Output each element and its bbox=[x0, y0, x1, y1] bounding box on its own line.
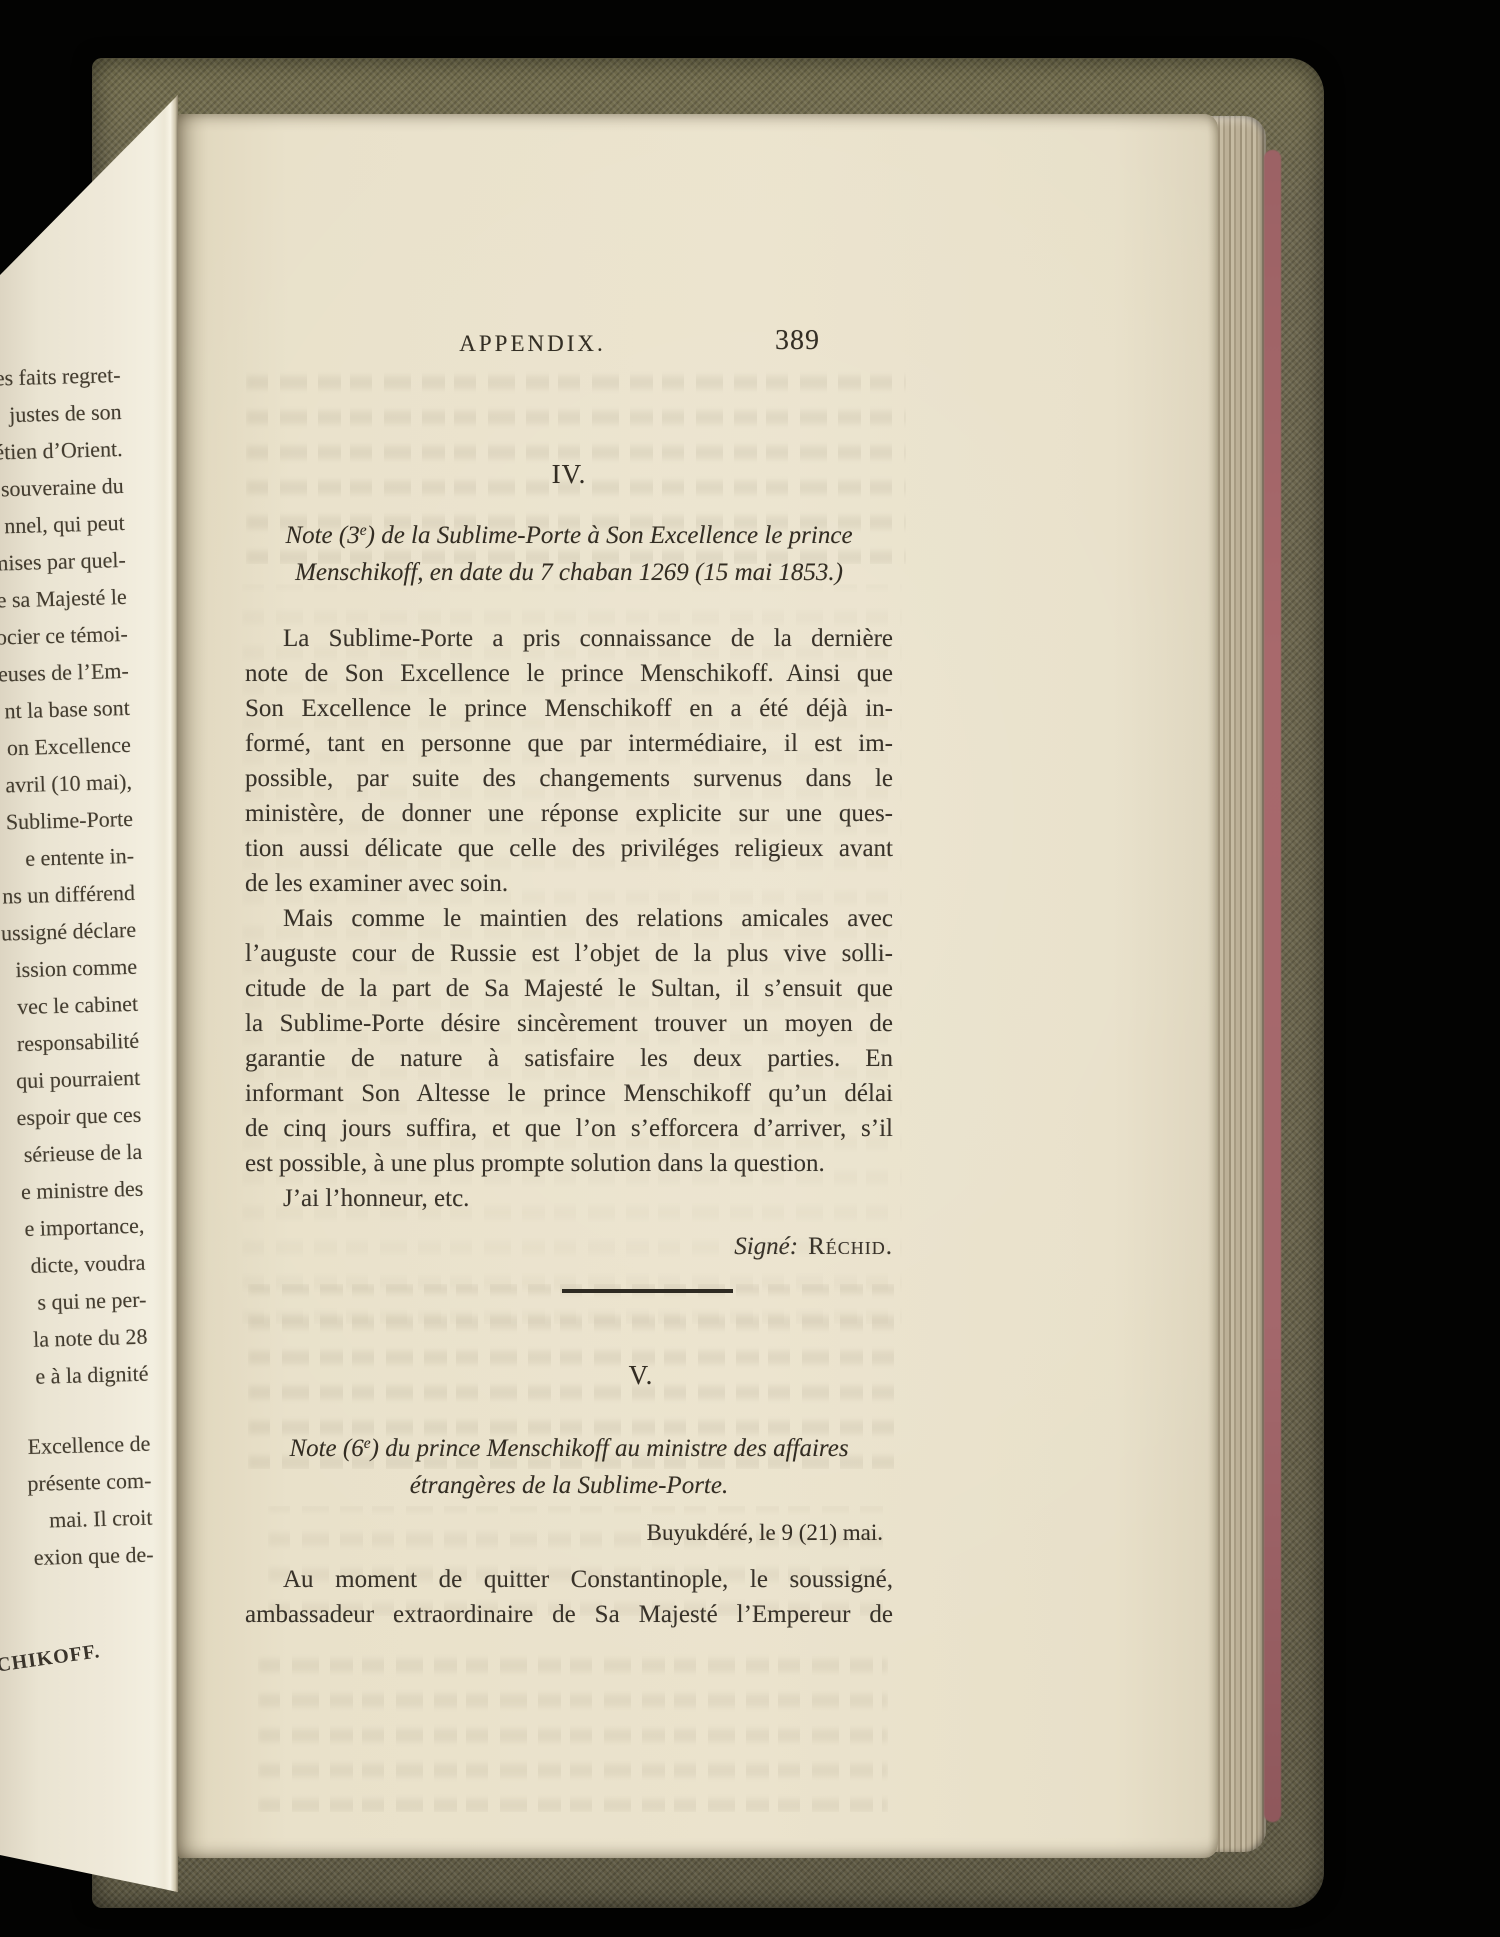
closing-line: J’ai l’honneur, etc. bbox=[245, 1181, 893, 1216]
text-line: possible, par suite des changements surv… bbox=[245, 761, 893, 796]
body-paragraph: Mais comme le maintien des relations ami… bbox=[245, 901, 893, 1181]
heading-text: Note (3 bbox=[285, 522, 359, 549]
endpaper-red-stripe bbox=[1264, 150, 1281, 1822]
book-page: APPENDIX. 389 IV. Note (3e) de la Sublim… bbox=[178, 114, 1218, 1858]
text-line: l’auguste cour de Russie est l’objet de … bbox=[245, 936, 893, 971]
heading-text: ) de la Sublime-Porte à Son Excellence l… bbox=[367, 522, 853, 549]
running-head: APPENDIX. 389 bbox=[245, 326, 820, 360]
previous-page-signature-fragment: SCHIKOFF. bbox=[0, 1640, 105, 1679]
section-divider bbox=[562, 1289, 733, 1293]
signature-line: Signé:Réchid. bbox=[245, 1229, 893, 1264]
text-line: garantie de nature à satisfaire les deux… bbox=[245, 1041, 893, 1076]
text-line: est possible, à une plus prompte solutio… bbox=[245, 1146, 893, 1181]
text-column: APPENDIX. 389 IV. Note (3e) de la Sublim… bbox=[245, 114, 893, 1632]
section-v: V. Note (6e) du prince Menschikoff au mi… bbox=[245, 1358, 893, 1632]
page-number: 389 bbox=[775, 323, 820, 358]
previous-page-edge: les faits regret-justes de sonrétien d’O… bbox=[0, 60, 178, 1900]
text-line: Son Excellence le prince Menschikoff en … bbox=[245, 691, 893, 726]
text-line: la Sublime-Porte désire sincèrement trou… bbox=[245, 1006, 893, 1041]
heading-text: ) du prince Menschikoff au ministre des … bbox=[371, 1435, 849, 1462]
text-line: informant Son Altesse le prince Menschik… bbox=[245, 1076, 893, 1111]
body-paragraph: La Sublime-Porte a pris connaissance de … bbox=[245, 621, 893, 901]
text-line: de cinq jours suffira, et que l’on s’eff… bbox=[245, 1111, 893, 1146]
photographed-book-scene: les faits regret-justes de sonrétien d’O… bbox=[0, 0, 1500, 1937]
text-line: ministère, de donner une réponse explici… bbox=[245, 796, 893, 831]
body-paragraph: Au moment de quitter Constantinople, le … bbox=[245, 1562, 893, 1632]
dateline: Buyukdéré, le 9 (21) mai. bbox=[245, 1515, 893, 1550]
text-line: Au moment de quitter Constantinople, le … bbox=[245, 1562, 893, 1597]
text-line: Mais comme le maintien des relations ami… bbox=[245, 901, 893, 936]
previous-page-text-fragments: les faits regret-justes de sonrétien d’O… bbox=[0, 356, 154, 1580]
text-line: tion aussi délicate que celle des privil… bbox=[245, 831, 893, 866]
heading-line: étrangères de la Sublime-Porte. bbox=[245, 1467, 893, 1504]
heading-text: Note (6 bbox=[289, 1435, 363, 1462]
ordinal-superscript: e bbox=[360, 522, 367, 539]
text-line: formé, tant en personne que par interméd… bbox=[245, 726, 893, 761]
fragment-group-top: les faits regret-justes de sonrétien d’O… bbox=[0, 356, 149, 1399]
ordinal-superscript: e bbox=[364, 1435, 371, 1452]
section-numeral: V. bbox=[317, 1358, 965, 1392]
heading-line: Menschikoff, en date du 7 chaban 1269 (1… bbox=[245, 554, 893, 591]
note-heading: Note (6e) du prince Menschikoff au minis… bbox=[245, 1425, 893, 1504]
heading-line: Note (3e) de la Sublime-Porte à Son Exce… bbox=[245, 512, 893, 554]
text-line: note de Son Excellence le prince Menschi… bbox=[245, 656, 893, 691]
section-iv: IV. Note (3e) de la Sublime-Porte à Son … bbox=[245, 457, 893, 1264]
ink-show-through bbox=[258, 1642, 888, 1812]
text-line: ambassadeur extraordinaire de Sa Majesté… bbox=[245, 1597, 893, 1632]
text-line: de les examiner avec soin. bbox=[245, 866, 893, 901]
heading-line: Note (6e) du prince Menschikoff au minis… bbox=[245, 1425, 893, 1467]
page-title: APPENDIX. bbox=[245, 326, 820, 361]
fragment-group-bottom: Excellence deprésente com-mai. Il croite… bbox=[0, 1425, 154, 1580]
text-line: La Sublime-Porte a pris connaissance de … bbox=[245, 621, 893, 656]
text-line: citude de la part de Sa Majesté le Sulta… bbox=[245, 971, 893, 1006]
fragment-line: exion que de- bbox=[0, 1536, 154, 1580]
signature-label: Signé: bbox=[734, 1233, 798, 1260]
fragment-line: e à la dignité bbox=[0, 1355, 149, 1399]
signature-name: Réchid. bbox=[798, 1233, 893, 1260]
section-numeral: IV. bbox=[245, 457, 893, 491]
note-heading: Note (3e) de la Sublime-Porte à Son Exce… bbox=[245, 512, 893, 591]
